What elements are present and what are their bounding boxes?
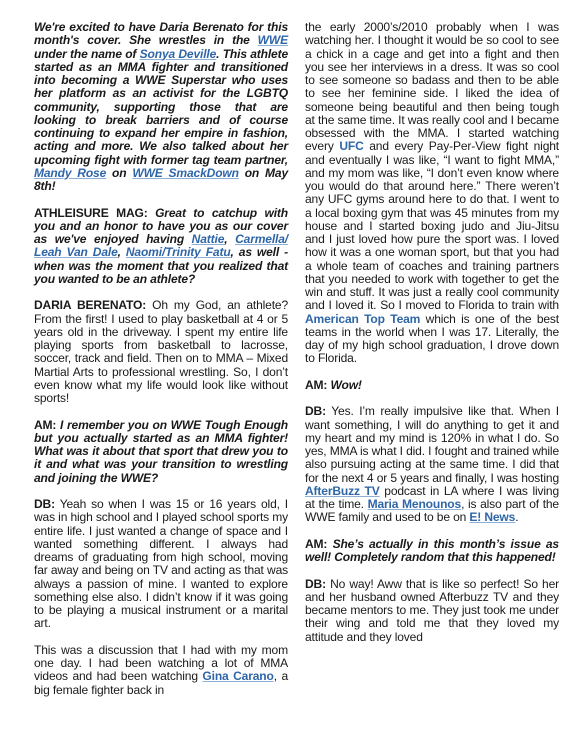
speaker-label: AM:: [305, 537, 327, 551]
link-mandy-rose[interactable]: Mandy Rose: [34, 166, 106, 180]
question-text: I remember you on WWE Tough Enough but y…: [34, 418, 288, 485]
answer-text: Yes. I’m really impulsive like that. Whe…: [305, 404, 559, 484]
answer-1: DARIA BERENATO: Oh my God, an athlete? F…: [34, 299, 288, 405]
intro-text-3: . This athlete started as an MMA fighter…: [34, 47, 288, 167]
question-2: AM: I remember you on WWE Tough Enough b…: [34, 419, 288, 485]
link-wwe[interactable]: WWE: [258, 33, 288, 47]
link-nattie[interactable]: Nattie: [192, 232, 225, 246]
intro-text-1: We're excited to have Daria Berenato for…: [34, 20, 288, 47]
answer-text: the early 2000’s/2010 probably when I wa…: [305, 20, 559, 153]
left-column: We're excited to have Daria Berenato for…: [34, 21, 288, 710]
answer-4: DB: No way! Aww that is like so perfect!…: [305, 578, 559, 644]
intro-text-4: on: [106, 166, 132, 180]
answer-text: and every Pay-Per-View fight night and e…: [305, 139, 559, 312]
speaker-label: ATHLEISURE MAG:: [34, 206, 148, 220]
speaker-label: DB:: [305, 577, 326, 591]
speaker-label: DB:: [305, 404, 326, 418]
question-text: ,: [118, 245, 126, 259]
question-1: ATHLEISURE MAG: Great to catchup with yo…: [34, 207, 288, 287]
answer-3: DB: Yes. I’m really impulsive like that.…: [305, 405, 559, 524]
link-maria-menounos[interactable]: Maria Menounos: [368, 497, 461, 511]
question-text: ,: [224, 232, 235, 246]
question-3: AM: Wow!: [305, 379, 559, 392]
speaker-label: DB:: [34, 497, 55, 511]
magazine-page: We're excited to have Daria Berenato for…: [0, 0, 576, 746]
link-american-top-team[interactable]: American Top Team: [305, 312, 420, 326]
question-4: AM: She’s actually in this month’s issue…: [305, 538, 559, 565]
answer-text: Oh my God, an athlete? From the first! I…: [34, 298, 288, 405]
link-sonya-deville[interactable]: Sonya Deville: [140, 47, 217, 61]
link-afterbuzz-tv[interactable]: AfterBuzz TV: [305, 484, 380, 498]
right-column: the early 2000’s/2010 probably when I wa…: [305, 21, 559, 657]
answer-text: Yeah so when I was 15 or 16 years old, I…: [34, 497, 288, 630]
intro-text-2: under the name of: [34, 47, 140, 61]
speaker-label: AM:: [305, 378, 327, 392]
speaker-label: AM:: [34, 418, 56, 432]
link-ufc[interactable]: UFC: [339, 139, 363, 153]
answer-2-continued-right: the early 2000’s/2010 probably when I wa…: [305, 21, 559, 366]
question-text: Wow!: [327, 378, 362, 392]
link-gina-carano[interactable]: Gina Carano: [202, 669, 273, 683]
answer-text: .: [515, 510, 518, 524]
question-text: She’s actually in this month’s issue as …: [305, 537, 559, 564]
answer-2: DB: Yeah so when I was 15 or 16 years ol…: [34, 498, 288, 631]
link-e-news[interactable]: E! News: [469, 510, 515, 524]
answer-2-continued-left: This was a discussion that I had with my…: [34, 644, 288, 697]
speaker-label: DARIA BERENATO:: [34, 298, 146, 312]
link-naomi[interactable]: Naomi/Trinity Fatu: [126, 245, 231, 259]
intro-paragraph: We're excited to have Daria Berenato for…: [34, 21, 288, 193]
answer-text: No way! Aww that is like so perfect! So …: [305, 577, 559, 644]
link-wwe-smackdown[interactable]: WWE SmackDown: [132, 166, 239, 180]
